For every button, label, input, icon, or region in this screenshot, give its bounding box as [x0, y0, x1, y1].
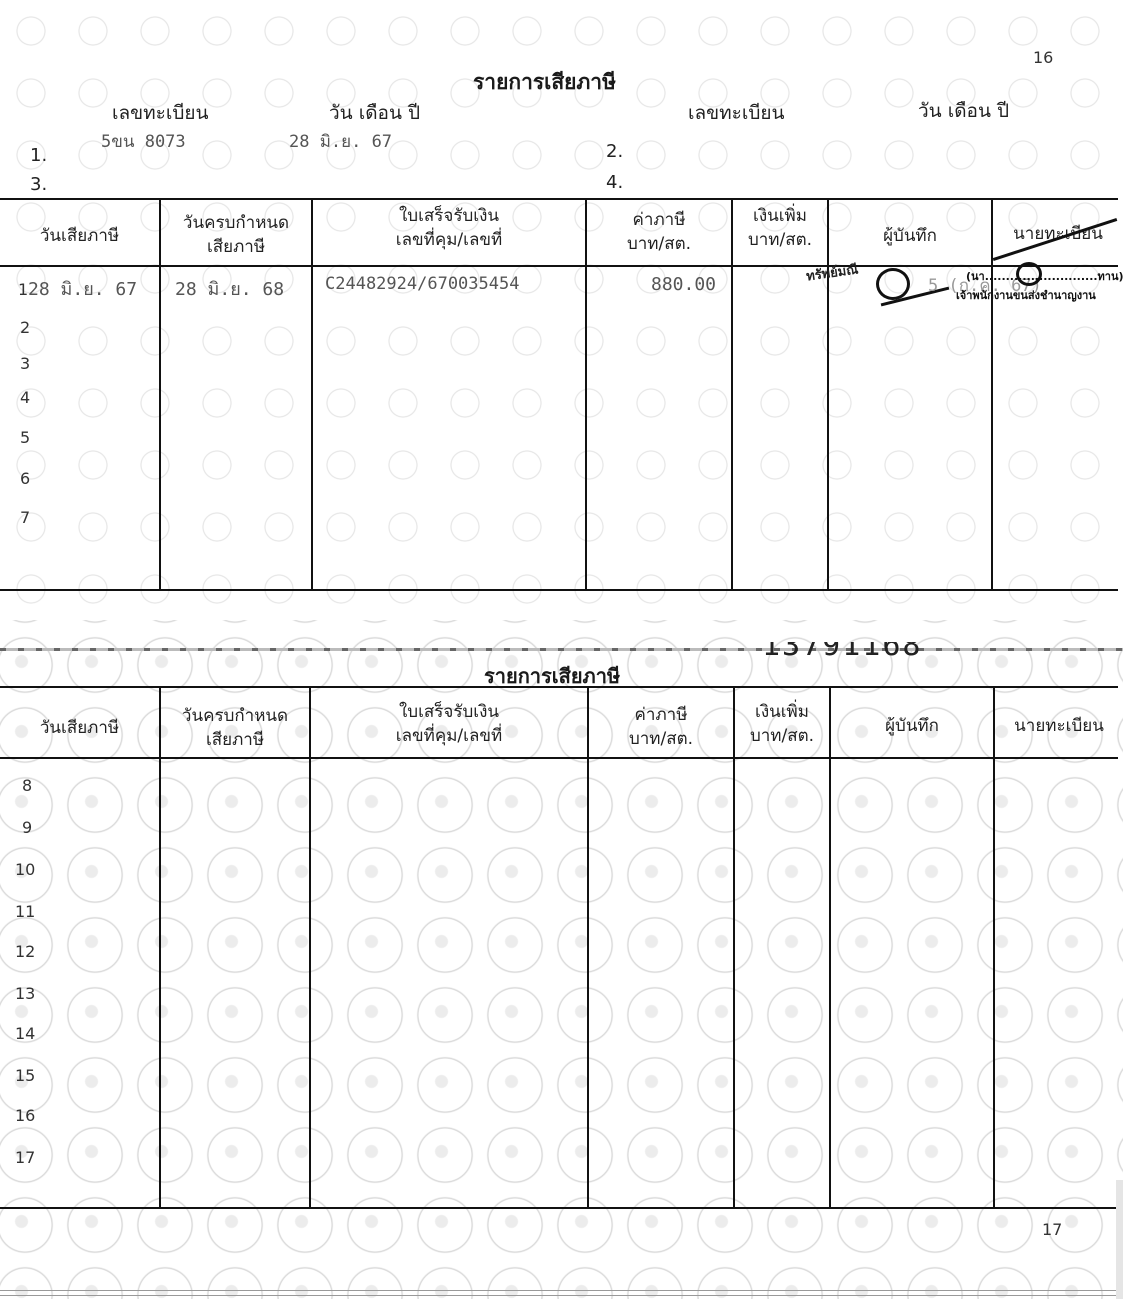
date-label-2: วัน เดือน ปี: [918, 96, 1009, 126]
table-border: [0, 686, 1118, 688]
header-tax-line2: บาท/สต.: [589, 727, 733, 751]
header-surcharge: เงินเพิ่ม บาท/สต.: [733, 204, 827, 252]
header-divider: [0, 265, 1118, 267]
stamp-name: (นา...........................ทาน): [966, 267, 1123, 285]
header-tax: ค่าภาษี บาท/สต.: [589, 703, 733, 751]
cell-tax: 880.00: [651, 274, 716, 295]
header-surcharge-line1: เงินเพิ่ม: [733, 204, 827, 228]
date-label-1: วัน เดือน ปี: [329, 98, 420, 128]
entry-index-1: 1.: [30, 145, 47, 166]
header-due-date-line1: วันครบกำหนด: [161, 211, 311, 235]
header-surcharge-line2: บาท/สต.: [733, 228, 827, 252]
header-due-date: วันครบกำหนด เสียภาษี: [161, 211, 311, 259]
cell-pay-date: 28 มิ.ย. 67: [28, 274, 137, 303]
plate-label-1: เลขทะเบียน: [112, 98, 209, 128]
header-due-date-line1: วันครบกำหนด: [161, 704, 309, 728]
page-title: รายการเสียภาษี: [473, 66, 616, 99]
column-divider: [309, 686, 311, 1209]
header-registrar: นายทะเบียน: [993, 222, 1123, 246]
row-number: 11: [15, 902, 35, 921]
row-number: 10: [15, 860, 35, 879]
signature-loop: [876, 268, 910, 300]
header-due-date-line2: เสียภาษี: [161, 728, 309, 752]
plate-value-1: 5ขน 8073: [101, 128, 186, 155]
header-receipt-line2: เลขที่คุม/เลขที่: [313, 228, 585, 252]
column-divider: [993, 686, 995, 1209]
row-number: 13: [15, 984, 35, 1003]
header-receipt: ใบเสร็จรับเงิน เลขที่คุม/เลขที่: [313, 204, 585, 252]
row-number: 2: [20, 318, 30, 337]
plate-label-2: เลขทะเบียน: [688, 98, 785, 128]
column-divider: [829, 686, 831, 1209]
page-edge: [0, 1290, 1118, 1296]
cell-receipt: C24482924/670035454: [325, 274, 519, 294]
row-number: 6: [20, 469, 30, 488]
table-border: [0, 198, 1118, 200]
cell-due-date: 28 มิ.ย. 68: [175, 274, 284, 303]
page-number: 17: [1042, 1220, 1062, 1239]
header-surcharge-line2: บาท/สต.: [735, 724, 829, 748]
column-divider: [733, 686, 735, 1209]
header-receipt-line1: ใบเสร็จรับเงิน: [313, 204, 585, 228]
header-receipt-line2: เลขที่คุม/เลขที่: [311, 724, 587, 748]
row-number: 12: [15, 942, 35, 961]
row-number: 16: [15, 1106, 35, 1125]
table-border: [0, 1207, 1118, 1209]
entry-index-2: 2.: [606, 141, 623, 162]
header-recorder: ผู้บันทึก: [829, 224, 991, 248]
row-number: 14: [15, 1024, 35, 1043]
row-number: 1: [18, 280, 28, 299]
header-receipt-line1: ใบเสร็จรับเงิน: [311, 700, 587, 724]
column-divider: [311, 198, 313, 591]
column-divider: [587, 686, 589, 1209]
header-registrar: นายทะเบียน: [995, 714, 1123, 738]
row-number: 15: [15, 1066, 35, 1085]
entry-index-3: 3.: [30, 174, 47, 195]
header-surcharge-line1: เงินเพิ่ม: [735, 700, 829, 724]
row-number: 3: [20, 354, 30, 373]
page-edge-shadow: [1116, 1180, 1123, 1299]
header-tax: ค่าภาษี บาท/สต.: [587, 208, 731, 256]
row-number: 7: [20, 508, 30, 527]
column-divider: [827, 198, 829, 591]
header-due-date: วันครบกำหนด เสียภาษี: [161, 704, 309, 752]
column-divider: [159, 686, 161, 1209]
row-number: 4: [20, 388, 30, 407]
row-number: 8: [22, 776, 32, 795]
row-number: 17: [15, 1148, 35, 1167]
header-tax-line1: ค่าภาษี: [587, 208, 731, 232]
date-value-1: 28 มิ.ย. 67: [289, 128, 392, 155]
row-number: 5: [20, 428, 30, 447]
entry-index-4: 4.: [606, 172, 623, 193]
serial-number: 13791168: [762, 628, 923, 663]
header-pay-date: วันเสียภาษี: [0, 716, 159, 740]
signature-scribble: ทรัพย์มณี: [805, 258, 860, 286]
header-pay-date: วันเสียภาษี: [0, 224, 159, 248]
table-border: [0, 589, 1118, 591]
page-fold: [0, 648, 1123, 651]
header-due-date-line2: เสียภาษี: [161, 235, 311, 259]
header-tax-line2: บาท/สต.: [587, 232, 731, 256]
header-surcharge: เงินเพิ่ม บาท/สต.: [735, 700, 829, 748]
column-divider: [585, 198, 587, 591]
page-number: 16: [1033, 48, 1053, 67]
header-tax-line1: ค่าภาษี: [589, 703, 733, 727]
header-divider: [0, 757, 1118, 759]
row-number: 9: [22, 818, 32, 837]
header-recorder: ผู้บันทึก: [831, 714, 993, 738]
header-receipt: ใบเสร็จรับเงิน เลขที่คุม/เลขที่: [311, 700, 587, 748]
column-divider: [731, 198, 733, 591]
stamp-title: เจ้าพนักงานขนส่งชำนาญงาน: [956, 286, 1096, 304]
